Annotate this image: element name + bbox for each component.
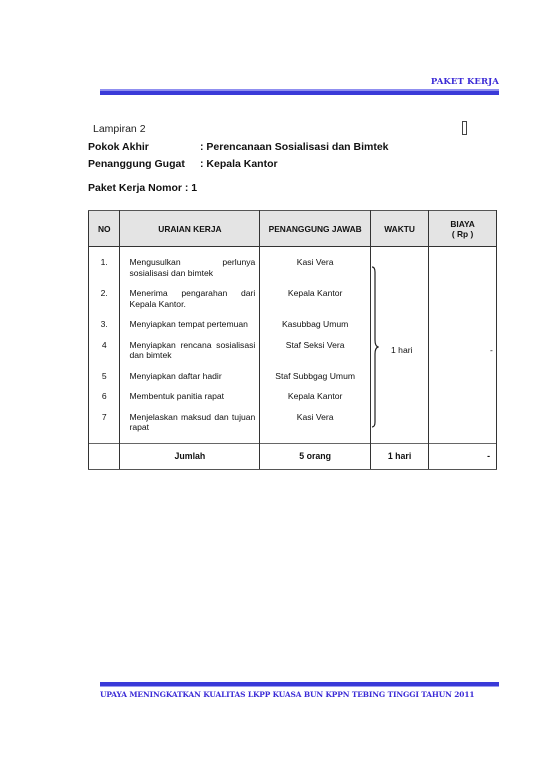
- total-label: Jumlah: [120, 443, 260, 469]
- row-uraian: Mengusulkan perlunya sosialisasi dan bim…: [120, 257, 260, 288]
- row-number: 4: [89, 340, 120, 371]
- row-penanggung: Kepala Kantor: [260, 391, 371, 412]
- row-biaya: [429, 288, 497, 319]
- row-biaya: [429, 371, 497, 392]
- row-biaya: [429, 319, 497, 340]
- column-header-waktu: WAKTU: [370, 211, 428, 247]
- row-uraian: Menerima pengarahan dari Kepala Kantor.: [120, 288, 260, 319]
- row-uraian: Menyiapkan daftar hadir: [120, 371, 260, 392]
- table-header-row: NO URAIAN KERJA PENANGGUNG JAWAB WAKTU B…: [89, 211, 497, 247]
- column-header-no: NO: [89, 211, 120, 247]
- table-row: 1.Mengusulkan perlunya sosialisasi dan b…: [89, 257, 497, 288]
- row-penanggung: Staf Subbgag Umum: [260, 371, 371, 392]
- header-title: PAKET KERJA: [431, 77, 499, 87]
- row-number: 1.: [89, 257, 120, 288]
- row-number: 3.: [89, 319, 120, 340]
- total-biaya: -: [429, 443, 497, 469]
- table-row: 7Menjelaskan maksud dan tujuan rapatKasi…: [89, 412, 497, 444]
- footer-text: UPAYA MENINGKATKAN KUALITAS LKPP KUASA B…: [100, 690, 474, 699]
- column-header-biaya: BIAYA ( Rp ): [429, 211, 497, 247]
- grouped-waktu: 1 hari: [391, 345, 413, 355]
- row-penanggung: Kasubbag Umum: [260, 319, 371, 340]
- table-row: 4Menyiapkan rencana sosialisasi dan bimt…: [89, 340, 497, 371]
- row-penanggung: Kepala Kantor: [260, 288, 371, 319]
- row-biaya: [429, 257, 497, 288]
- work-package-table: NO URAIAN KERJA PENANGGUNG JAWAB WAKTU B…: [88, 210, 497, 470]
- row-biaya: [429, 391, 497, 412]
- column-header-uraian: URAIAN KERJA: [120, 211, 260, 247]
- table-row: 5Menyiapkan daftar hadirStaf Subbgag Umu…: [89, 371, 497, 392]
- row-number: 6: [89, 391, 120, 412]
- biaya-unit: ( Rp ): [429, 229, 496, 239]
- row-uraian: Menyiapkan rencana sosialisasi dan bimte…: [120, 340, 260, 371]
- pokok-akhir-row: Pokok Akhir: Perencanaan Sosialisasi dan…: [88, 141, 389, 153]
- pokok-akhir-label: Pokok Akhir: [88, 141, 200, 153]
- row-uraian: Membentuk panitia rapat: [120, 391, 260, 412]
- header-divider: [100, 91, 499, 95]
- table-row: 6Membentuk panitia rapatKepala Kantor: [89, 391, 497, 412]
- row-waktu: [370, 371, 428, 392]
- table-row: 2.Menerima pengarahan dari Kepala Kantor…: [89, 288, 497, 319]
- row-number: 7: [89, 412, 120, 444]
- bracket-marker-icon: [462, 121, 467, 135]
- row-waktu: [370, 412, 428, 444]
- penanggung-gugat-value: : Kepala Kantor: [200, 158, 278, 170]
- row-penanggung: Kasi Vera: [260, 257, 371, 288]
- grouping-brace-icon: [371, 266, 379, 428]
- row-penanggung: Staf Seksi Vera: [260, 340, 371, 371]
- column-header-penanggung: PENANGGUNG JAWAB: [260, 211, 371, 247]
- paket-kerja-nomor: Paket Kerja Nomor : 1: [88, 182, 197, 194]
- total-row: Jumlah 5 orang 1 hari -: [89, 443, 497, 469]
- row-penanggung: Kasi Vera: [260, 412, 371, 444]
- pokok-akhir-value: : Perencanaan Sosialisasi dan Bimtek: [200, 141, 389, 153]
- row-number: 5: [89, 371, 120, 392]
- biaya-label: BIAYA: [429, 219, 496, 229]
- grouped-biaya: -: [490, 345, 493, 355]
- lampiran-label: Lampiran 2: [93, 123, 146, 135]
- table-body: 1.Mengusulkan perlunya sosialisasi dan b…: [89, 247, 497, 444]
- row-uraian: Menyiapkan tempat pertemuan: [120, 319, 260, 340]
- row-biaya: [429, 412, 497, 444]
- row-waktu: [370, 391, 428, 412]
- row-waktu: [370, 257, 428, 288]
- table-row: 3.Menyiapkan tempat pertemuanKasubbag Um…: [89, 319, 497, 340]
- total-waktu: 1 hari: [370, 443, 428, 469]
- row-number: 2.: [89, 288, 120, 319]
- footer-divider: [100, 682, 499, 686]
- row-waktu: [370, 288, 428, 319]
- penanggung-gugat-row: Penanggung Gugat: Kepala Kantor: [88, 158, 278, 170]
- row-biaya: [429, 340, 497, 371]
- row-uraian: Menjelaskan maksud dan tujuan rapat: [120, 412, 260, 444]
- row-waktu: [370, 319, 428, 340]
- penanggung-gugat-label: Penanggung Gugat: [88, 158, 200, 170]
- total-penanggung: 5 orang: [260, 443, 371, 469]
- total-no-cell: [89, 443, 120, 469]
